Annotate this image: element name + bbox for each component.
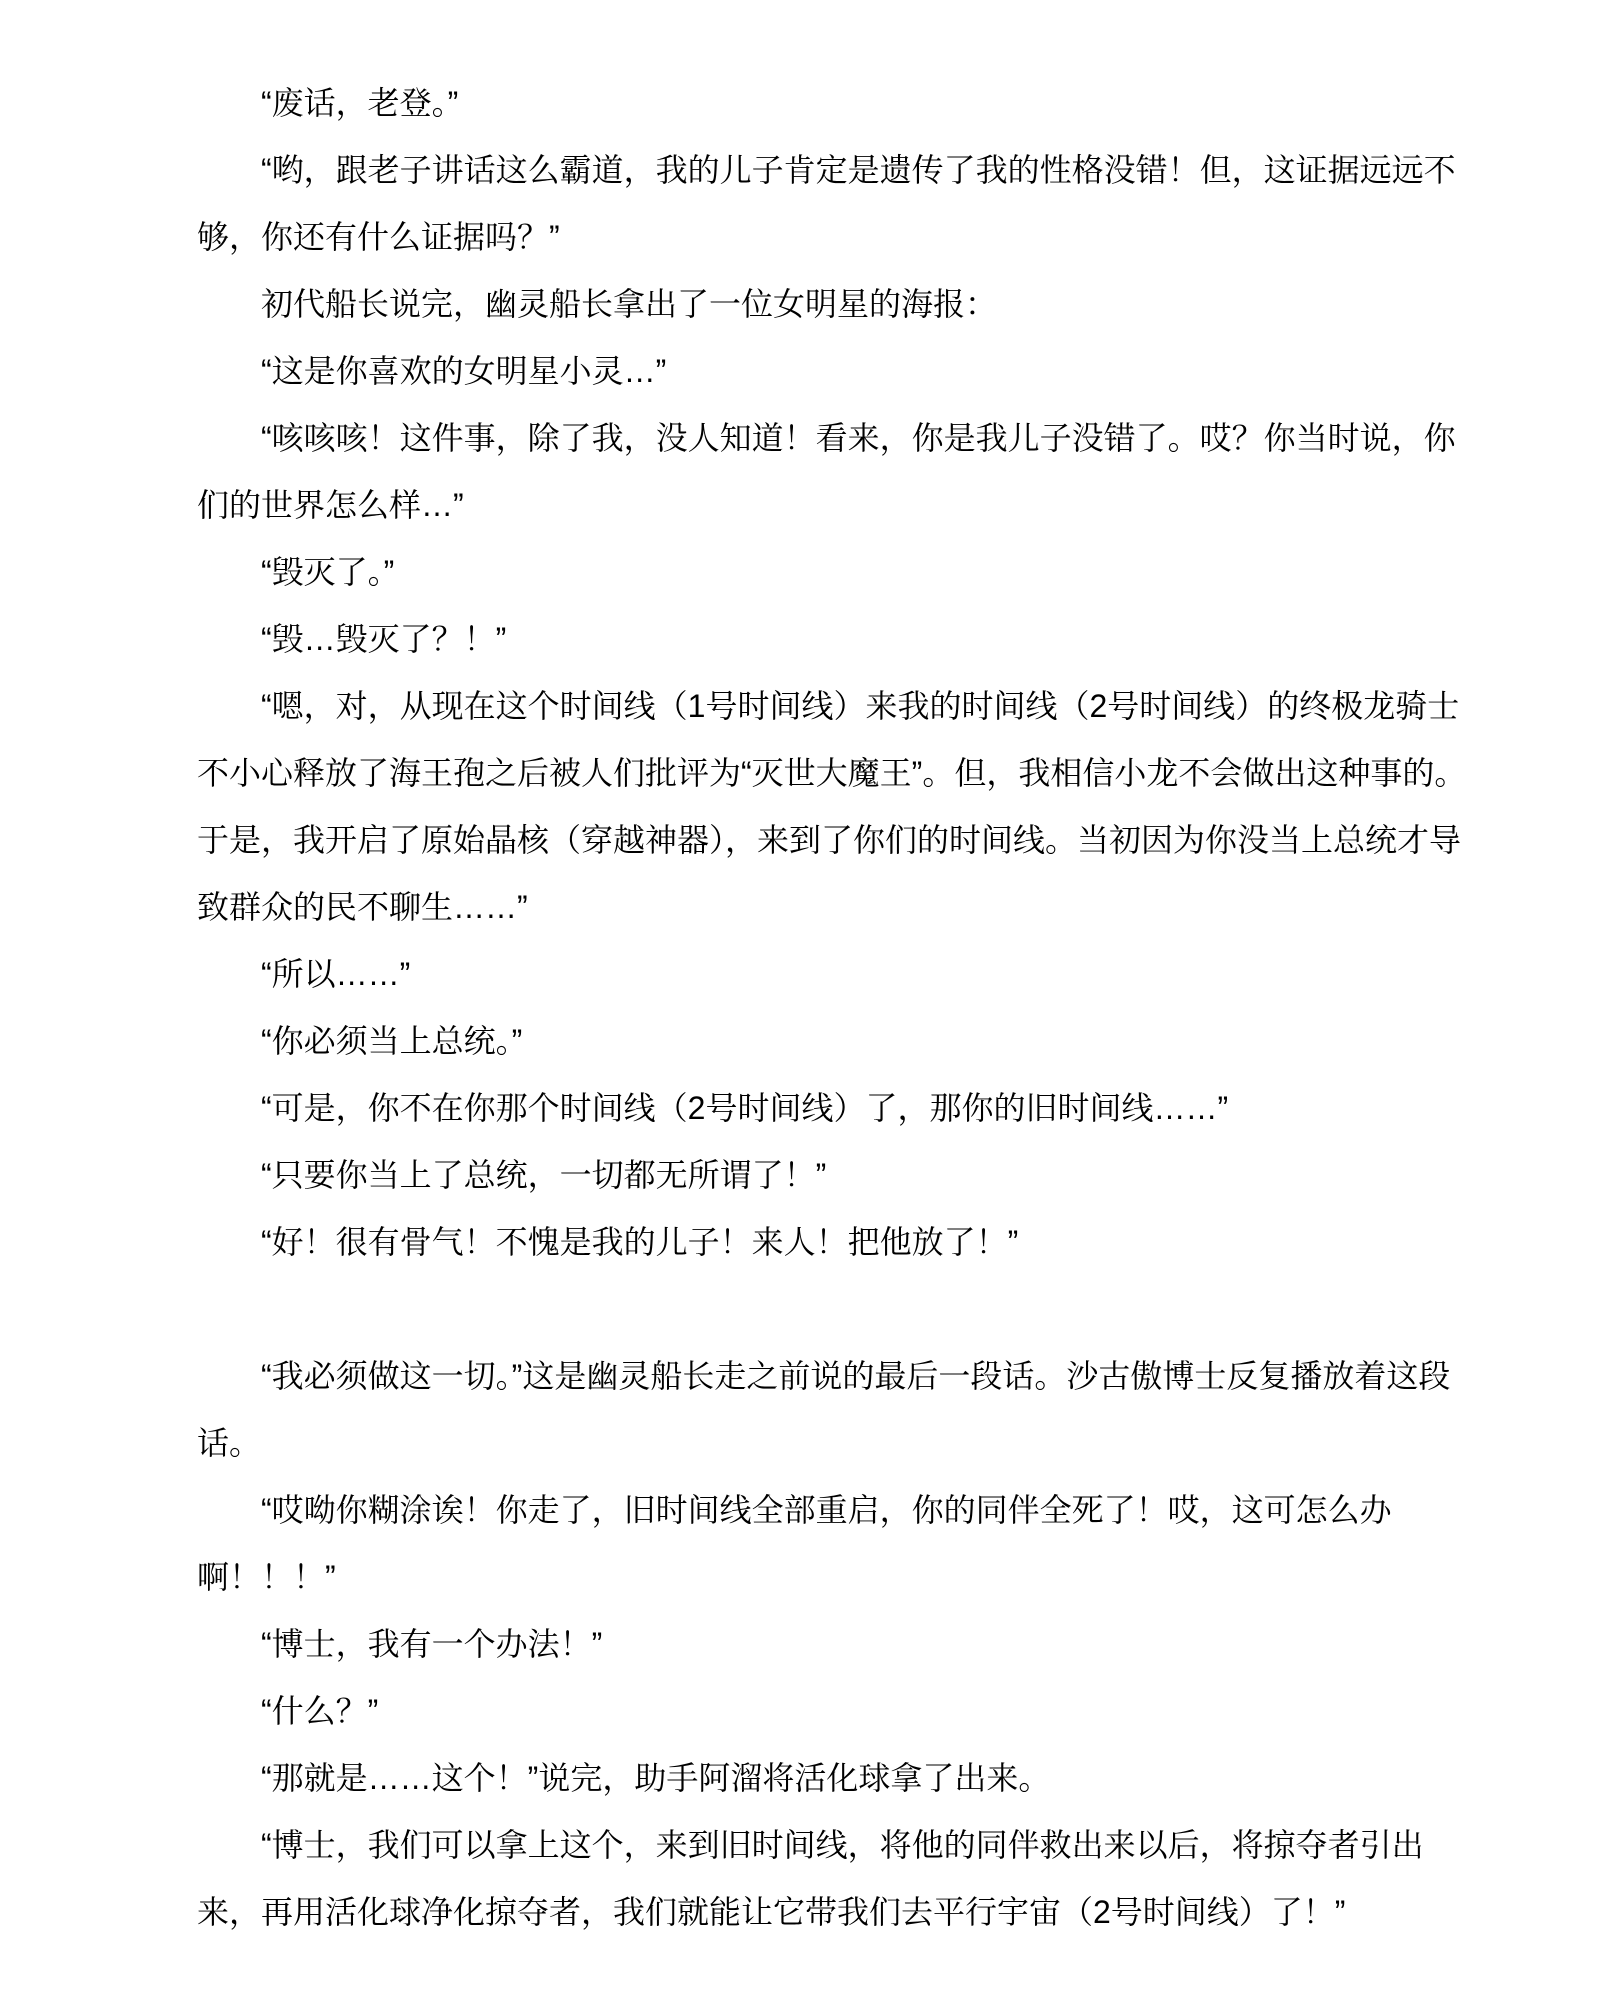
paragraph: “什么？”: [197, 1678, 1477, 1745]
scene-break: [197, 1276, 1477, 1343]
document-page: “废话，老登。” “哟，跟老子讲话这么霸道，我的儿子肯定是遗传了我的性格没错！但…: [0, 0, 1618, 2016]
paragraph: “好！很有骨气！不愧是我的儿子！来人！把他放了！”: [197, 1209, 1477, 1276]
paragraph: “毁…毁灭了？！”: [197, 606, 1477, 673]
paragraph: “嗯，对，从现在这个时间线（1号时间线）来我的时间线（2号时间线）的终极龙骑士不…: [197, 673, 1477, 941]
paragraph: “我必须做这一切。”这是幽灵船长走之前说的最后一段话。沙古傲博士反复播放着这段话…: [197, 1343, 1477, 1477]
paragraph: “那就是……这个！”说完，助手阿溜将活化球拿了出来。: [197, 1745, 1477, 1812]
paragraph: “哟，跟老子讲话这么霸道，我的儿子肯定是遗传了我的性格没错！但，这证据远远不够，…: [197, 137, 1477, 271]
document-text-body: “废话，老登。” “哟，跟老子讲话这么霸道，我的儿子肯定是遗传了我的性格没错！但…: [197, 70, 1477, 1946]
paragraph: “博士，我有一个办法！”: [197, 1611, 1477, 1678]
paragraph: “你必须当上总统。”: [197, 1008, 1477, 1075]
paragraph: “咳咳咳！这件事，除了我，没人知道！看来，你是我儿子没错了。哎？你当时说，你们的…: [197, 405, 1477, 539]
paragraph: “废话，老登。”: [197, 70, 1477, 137]
paragraph: “毁灭了。”: [197, 539, 1477, 606]
paragraph: “哎呦你糊涂诶！你走了，旧时间线全部重启，你的同伴全死了！哎，这可怎么办啊！！！…: [197, 1477, 1477, 1611]
paragraph: “只要你当上了总统，一切都无所谓了！”: [197, 1142, 1477, 1209]
paragraph: “可是，你不在你那个时间线（2号时间线）了，那你的旧时间线……”: [197, 1075, 1477, 1142]
paragraph: “博士，我们可以拿上这个，来到旧时间线，将他的同伴救出来以后，将掠夺者引出来，再…: [197, 1812, 1477, 1946]
paragraph: “这是你喜欢的女明星小灵…”: [197, 338, 1477, 405]
paragraph: 初代船长说完，幽灵船长拿出了一位女明星的海报：: [197, 271, 1477, 338]
paragraph: “所以……”: [197, 941, 1477, 1008]
